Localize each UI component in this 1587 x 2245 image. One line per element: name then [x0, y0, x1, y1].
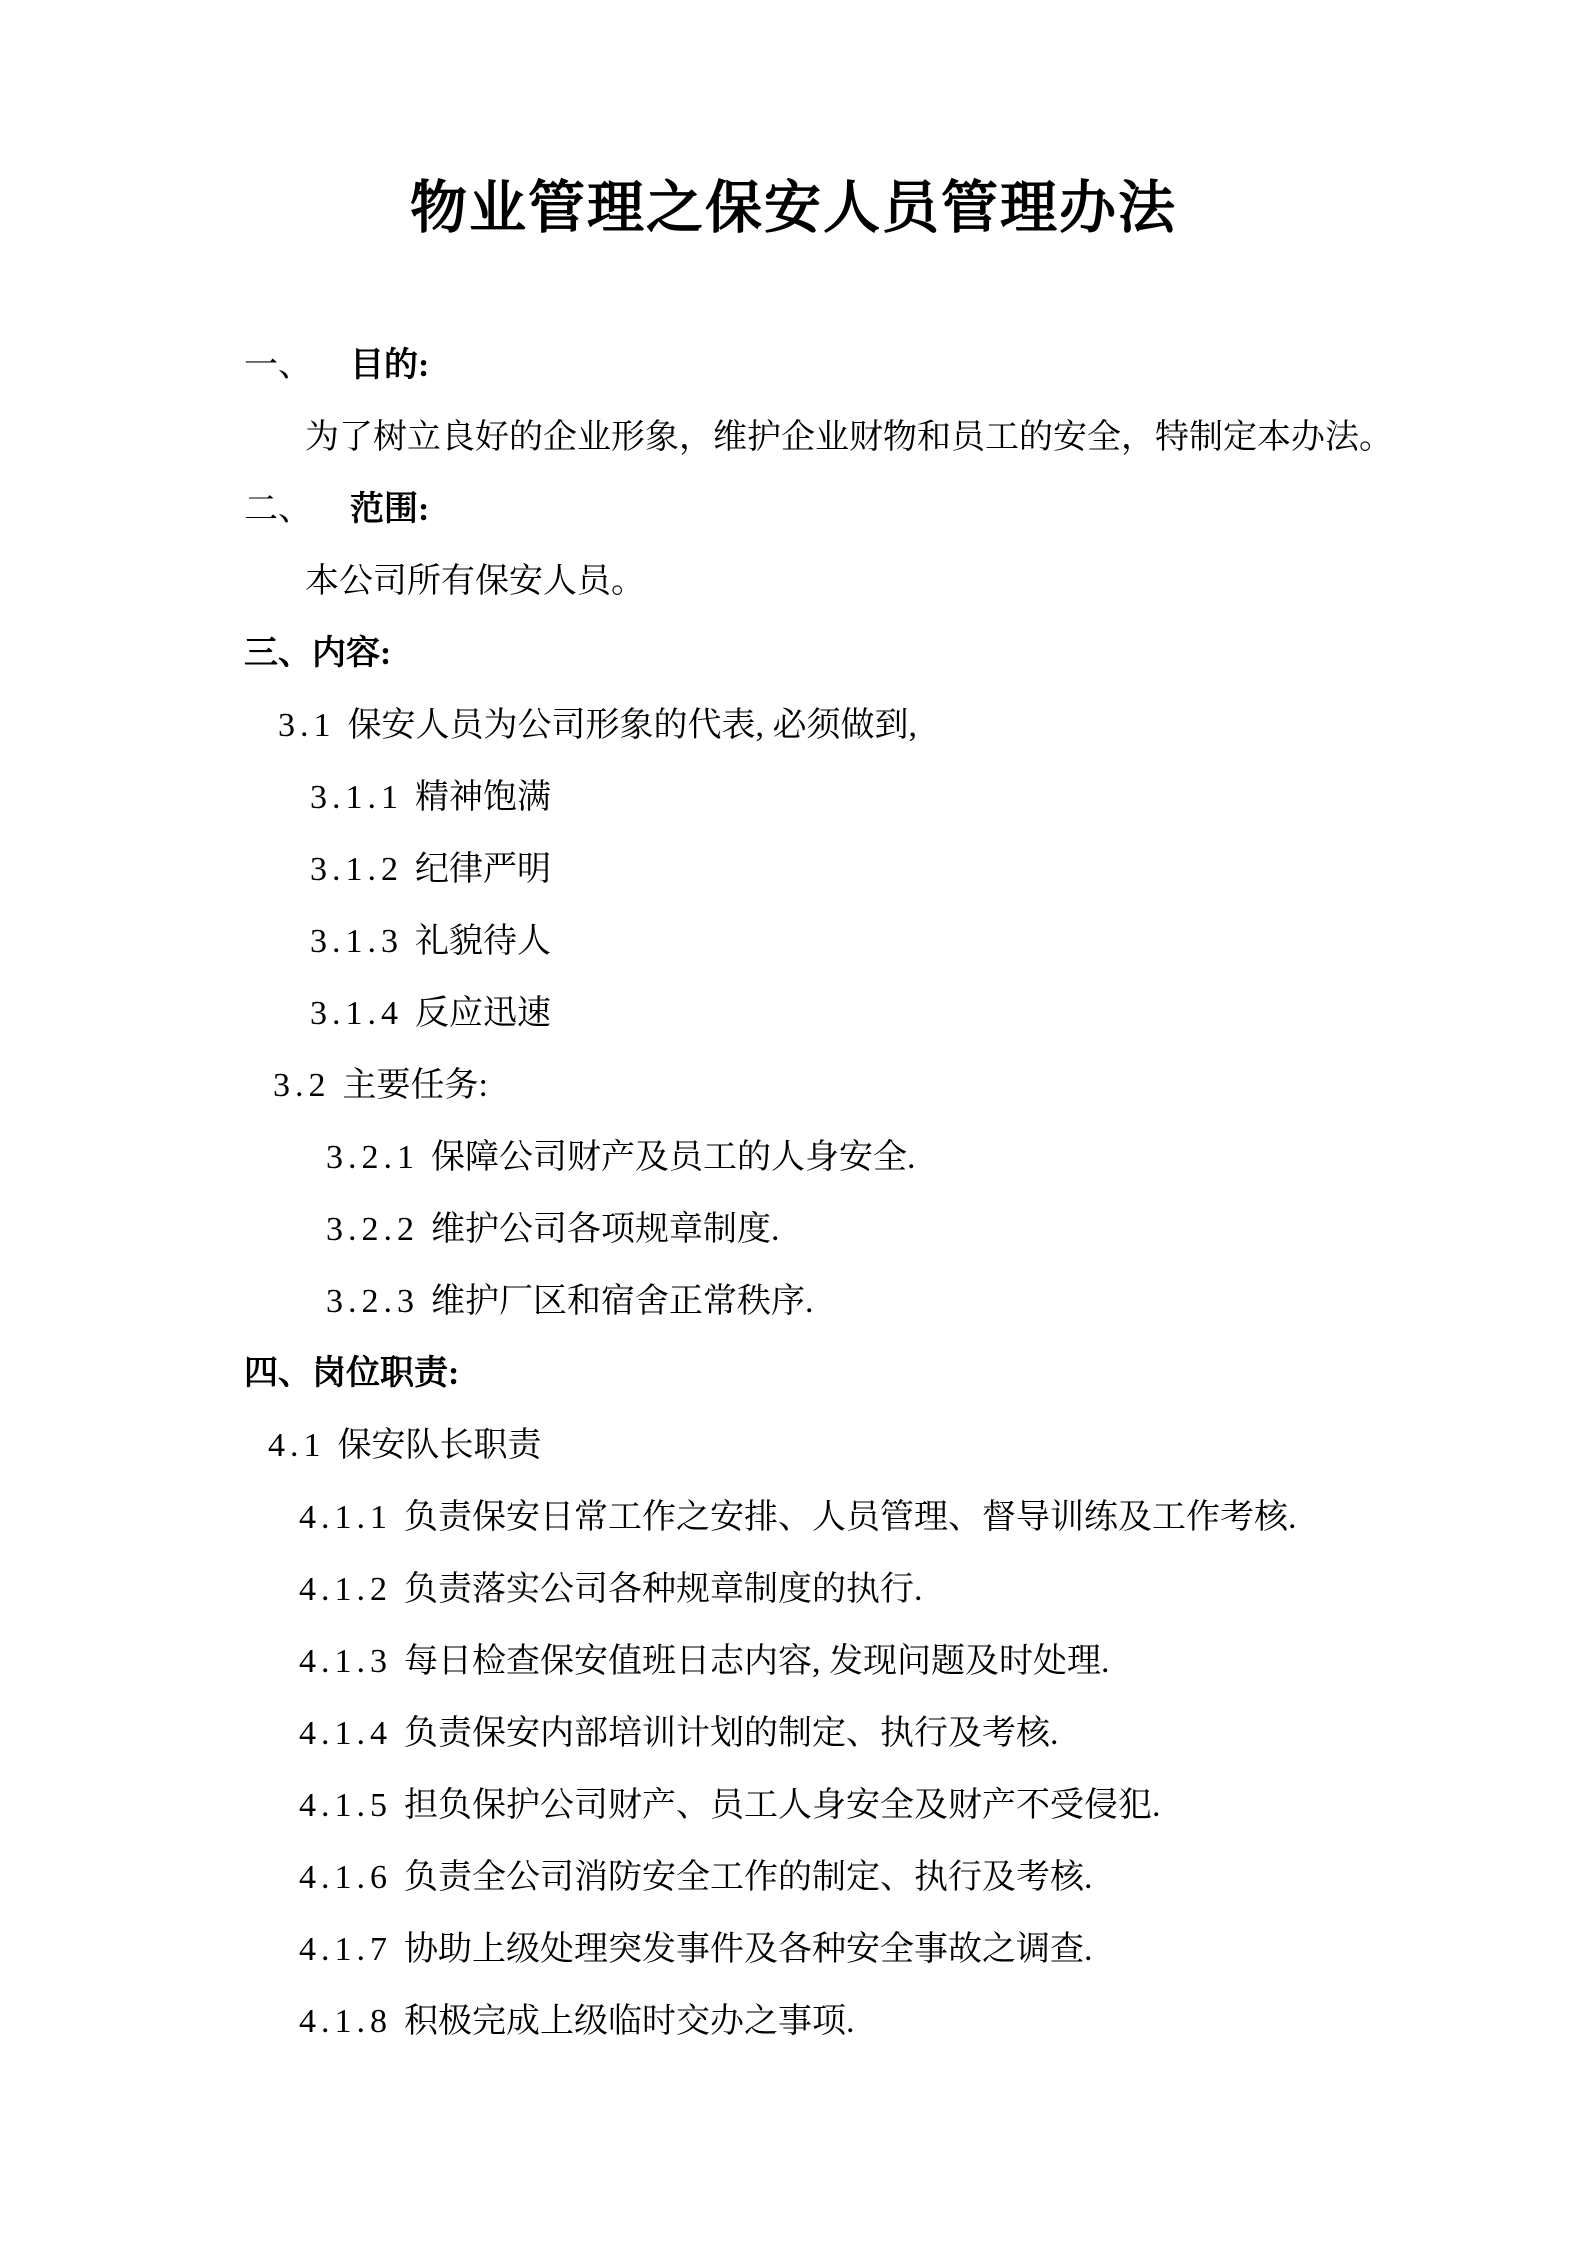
item-number: 4.1.2	[299, 1571, 392, 1608]
section-marker: 三、	[244, 635, 312, 672]
item-number: 4.1.4	[299, 1715, 392, 1752]
section-heading-purpose: 一、目的:	[244, 346, 1587, 386]
item-text: 负责全公司消防安全工作的制定、执行及考核.	[404, 1859, 1093, 1896]
list-item-4-1-4: 4.1.4负责保安内部培训计划的制定、执行及考核.	[299, 1714, 1587, 1754]
item-number: 3.2.3	[326, 1283, 419, 1320]
section-heading-scope: 二、范围:	[244, 490, 1587, 530]
item-number: 3.1.3	[310, 923, 403, 960]
item-number: 3.2.1	[326, 1139, 419, 1176]
list-item-4-1-3: 4.1.3每日检查保安值班日志内容, 发现问题及时处理.	[299, 1642, 1587, 1682]
section-marker: 二、	[244, 491, 312, 528]
item-text: 积极完成上级临时交办之事项.	[404, 2003, 855, 2040]
section-label: 内容:	[312, 635, 391, 672]
item-number: 3.1.4	[310, 995, 403, 1032]
list-item-4-1-7: 4.1.7协助上级处理突发事件及各种安全事故之调查.	[299, 1930, 1587, 1970]
list-item-3-2-3: 3.2.3维护厂区和宿舍正常秩序.	[326, 1282, 1587, 1322]
item-text: 维护厂区和宿舍正常秩序.	[431, 1283, 814, 1320]
item-number: 4.1	[268, 1427, 326, 1464]
item-number: 3.2	[273, 1067, 331, 1104]
section-marker: 一、	[244, 347, 312, 384]
section-label: 范围:	[350, 491, 429, 528]
item-text: 反应迅速	[415, 995, 551, 1032]
document-page: 物业管理之保安人员管理办法 一、目的: 为了树立良好的企业形象，维护企业财物和员…	[0, 0, 1587, 2245]
item-text: 负责保安内部培训计划的制定、执行及考核.	[404, 1715, 1059, 1752]
item-text: 礼貌待人	[415, 923, 551, 960]
item-text: 主要任务:	[343, 1067, 488, 1104]
item-text: 担负保护公司财产、员工人身安全及财产不受侵犯.	[404, 1787, 1161, 1824]
item-number: 4.1.5	[299, 1787, 392, 1824]
section-heading-duties: 四、岗位职责:	[244, 1354, 1587, 1394]
list-item-3-2: 3.2主要任务:	[273, 1066, 1587, 1106]
section-label: 岗位职责:	[312, 1355, 459, 1392]
list-item-4-1-6: 4.1.6负责全公司消防安全工作的制定、执行及考核.	[299, 1858, 1587, 1898]
list-item-4-1-2: 4.1.2负责落实公司各种规章制度的执行.	[299, 1570, 1587, 1610]
list-item-4-1-8: 4.1.8积极完成上级临时交办之事项.	[299, 2002, 1587, 2042]
item-text: 维护公司各项规章制度.	[431, 1211, 780, 1248]
item-text: 保安人员为公司形象的代表, 必须做到,	[348, 707, 918, 744]
section-marker: 四、	[244, 1355, 312, 1392]
item-number: 3.1.2	[310, 851, 403, 888]
list-item-4-1-1: 4.1.1负责保安日常工作之安排、人员管理、督导训练及工作考核.	[299, 1498, 1587, 1538]
list-item-3-1-4: 3.1.4反应迅速	[310, 994, 1587, 1034]
section-body-purpose: 为了树立良好的企业形象，维护企业财物和员工的安全，特制定本办法。	[305, 418, 1587, 458]
section-label: 目的:	[350, 347, 429, 384]
list-item-3-2-1: 3.2.1保障公司财产及员工的人身安全.	[326, 1138, 1587, 1178]
list-item-3-1: 3.1保安人员为公司形象的代表, 必须做到,	[278, 706, 1587, 746]
list-item-3-2-2: 3.2.2维护公司各项规章制度.	[326, 1210, 1587, 1250]
item-text: 负责保安日常工作之安排、人员管理、督导训练及工作考核.	[404, 1499, 1297, 1536]
item-number: 3.2.2	[326, 1211, 419, 1248]
item-text: 保安队长职责	[338, 1427, 542, 1464]
list-item-4-1-5: 4.1.5担负保护公司财产、员工人身安全及财产不受侵犯.	[299, 1786, 1587, 1826]
section-body-scope: 本公司所有保安人员。	[305, 562, 1587, 602]
item-number: 3.1.1	[310, 779, 403, 816]
item-number: 4.1.1	[299, 1499, 392, 1536]
item-text: 保障公司财产及员工的人身安全.	[431, 1139, 916, 1176]
list-item-3-1-2: 3.1.2纪律严明	[310, 850, 1587, 890]
item-number: 4.1.3	[299, 1643, 392, 1680]
item-number: 4.1.6	[299, 1859, 392, 1896]
list-item-4-1: 4.1保安队长职责	[268, 1426, 1587, 1466]
item-text: 精神饱满	[415, 779, 551, 816]
item-text: 纪律严明	[415, 851, 551, 888]
page-title: 物业管理之保安人员管理办法	[0, 178, 1587, 240]
item-text: 负责落实公司各种规章制度的执行.	[404, 1571, 923, 1608]
list-item-3-1-1: 3.1.1精神饱满	[310, 778, 1587, 818]
item-number: 3.1	[278, 707, 336, 744]
item-number: 4.1.7	[299, 1931, 392, 1968]
item-text: 协助上级处理突发事件及各种安全事故之调查.	[404, 1931, 1093, 1968]
section-heading-content: 三、内容:	[244, 634, 1587, 674]
list-item-3-1-3: 3.1.3礼貌待人	[310, 922, 1587, 962]
item-text: 每日检查保安值班日志内容, 发现问题及时处理.	[404, 1643, 1110, 1680]
item-number: 4.1.8	[299, 2003, 392, 2040]
